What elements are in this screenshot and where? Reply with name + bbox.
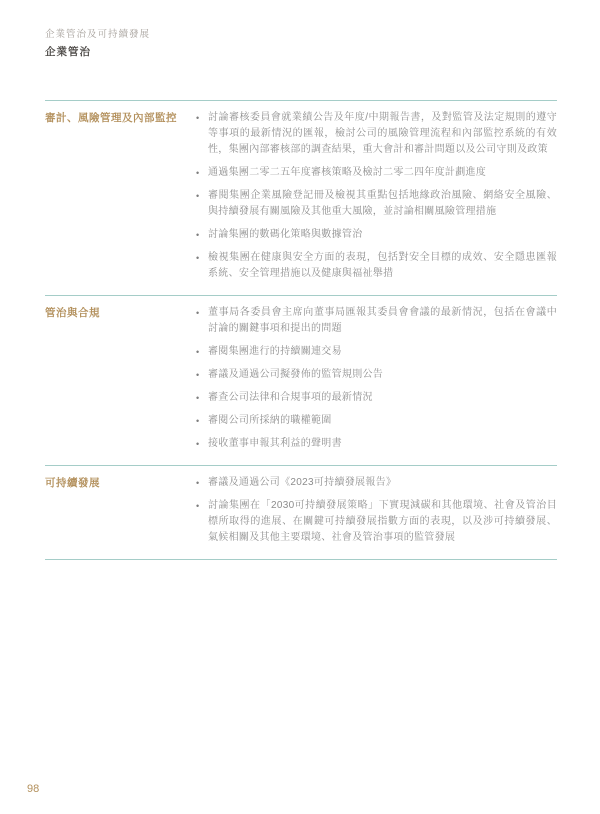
bullet-item: 討論審核委員會就業績公告及年度/中期報告書，及對監管及法定規則的遵守等事項的最新… — [195, 110, 557, 158]
bullet-item: 審議及通過公司擬發佈的監管規則公告 — [195, 367, 557, 383]
table-row: 管治與合規 董事局各委員會主席向董事局匯報其委員會會議的最新情況，包括在會議中討… — [45, 295, 557, 465]
bullet-item: 討論集團的數碼化策略與數據管治 — [195, 227, 557, 243]
page-number: 98 — [27, 783, 39, 795]
row-header: 可持續發展 — [45, 475, 195, 546]
bullet-list: 董事局各委員會主席向董事局匯報其委員會會議的最新情況，包括在會議中討論的關鍵事項… — [195, 305, 557, 452]
governance-table: 審計、風險管理及內部監控 討論審核委員會就業績公告及年度/中期報告書，及對監管及… — [45, 100, 557, 560]
bullet-item: 接收董事申報其利益的聲明書 — [195, 436, 557, 452]
bullet-list: 討論審核委員會就業績公告及年度/中期報告書，及對監管及法定規則的遵守等事項的最新… — [195, 110, 557, 282]
bullet-item: 審閱公司所採納的職權範圍 — [195, 413, 557, 429]
bullet-item: 通過集團二零二五年度審核策略及檢討二零二四年度計劃進度 — [195, 165, 557, 181]
page-title: 企業管治 — [45, 46, 557, 59]
bullet-item: 討論集團在「2030可持續發展策略」下實現減碳和其他環境、社會及管治目標所取得的… — [195, 498, 557, 546]
table-row: 審計、風險管理及內部監控 討論審核委員會就業績公告及年度/中期報告書，及對監管及… — [45, 100, 557, 295]
document-page: 企業管治及可持續發展 企業管治 審計、風險管理及內部監控 討論審核委員會就業績公… — [0, 0, 600, 814]
page-content: 企業管治及可持續發展 企業管治 審計、風險管理及內部監控 討論審核委員會就業績公… — [45, 0, 557, 560]
bullet-item: 檢視集團在健康與安全方面的表現，包括對安全目標的成效、安全隱患匯報系統、安全管理… — [195, 250, 557, 282]
bullet-item: 審閱集團企業風險登記冊及檢視其重點包括地緣政治風險、網絡安全風險、與持續發展有關… — [195, 188, 557, 220]
row-header: 管治與合規 — [45, 305, 195, 452]
table-row: 可持續發展 審議及通過公司《2023可持續發展報告》討論集團在「2030可持續發… — [45, 465, 557, 560]
bullet-list: 審議及通過公司《2023可持續發展報告》討論集團在「2030可持續發展策略」下實… — [195, 475, 557, 546]
row-header: 審計、風險管理及內部監控 — [45, 110, 195, 282]
bullet-item: 董事局各委員會主席向董事局匯報其委員會會議的最新情況，包括在會議中討論的關鍵事項… — [195, 305, 557, 337]
bullet-item: 審議及通過公司《2023可持續發展報告》 — [195, 475, 557, 491]
breadcrumb: 企業管治及可持續發展 — [45, 0, 557, 41]
bullet-item: 審查公司法律和合規事項的最新情況 — [195, 390, 557, 406]
bullet-item: 審閱集團進行的持續關連交易 — [195, 344, 557, 360]
